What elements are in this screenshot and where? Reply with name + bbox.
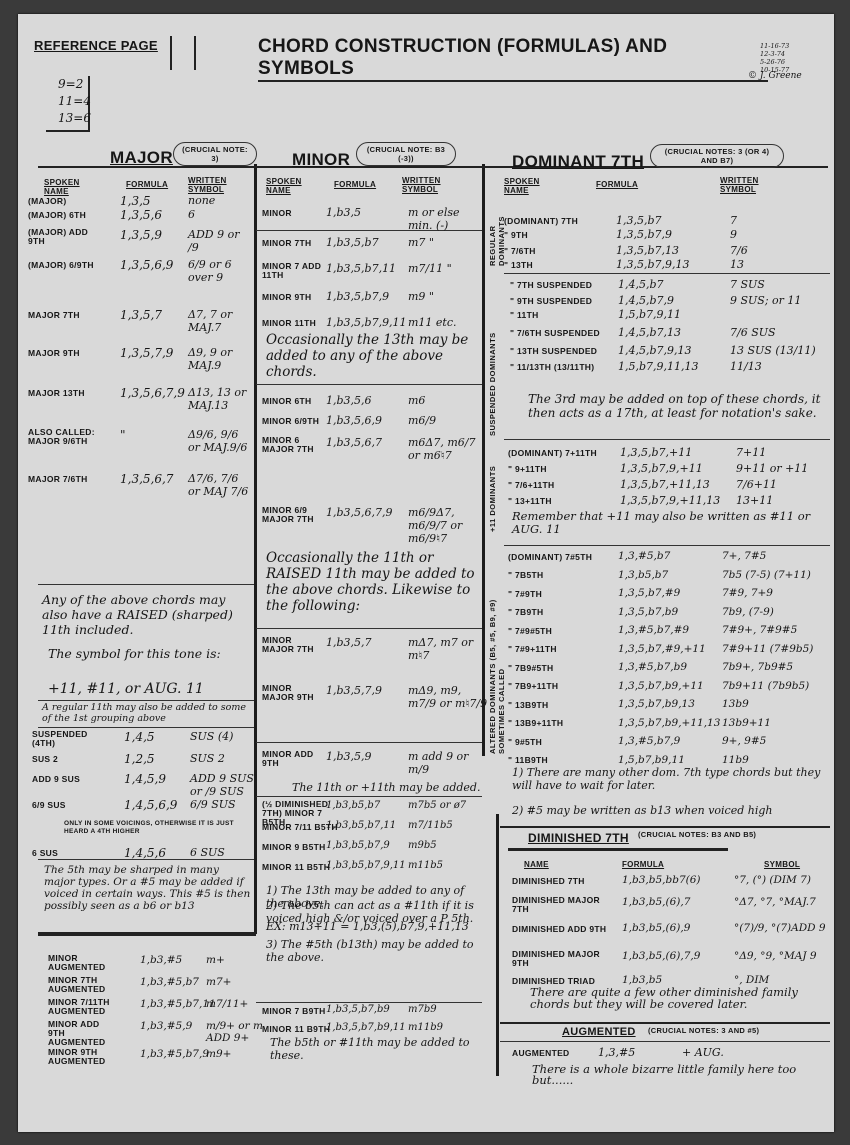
chord-name: MAJOR 13th	[28, 389, 104, 398]
chord-formula: 1,b3,5,7	[326, 636, 372, 649]
chord-formula: 1,b3,5,b7,b9,11	[326, 1022, 406, 1033]
col-spoken-name: SPOKEN NAME	[504, 177, 548, 195]
divider	[38, 584, 254, 585]
chord-name: " 7/6+11th	[508, 481, 612, 490]
chord-symbol: 7+, 7#5	[722, 550, 832, 562]
reference-page: REFERENCE PAGE CHORD CONSTRUCTION (FORMU…	[18, 14, 834, 1132]
table-row: " 11th1,5,b7,9,11	[510, 308, 608, 321]
reference-label: REFERENCE PAGE	[34, 38, 158, 53]
table-row: " 11b9th1,5,b7,b9,1111b9	[508, 754, 610, 767]
minor-title: MINOR	[292, 150, 350, 170]
chord-symbol: 9 SUS; or 11	[730, 294, 830, 307]
table-row: " 7/6th1,3,5,b7,137/6	[504, 244, 600, 257]
chord-name: MAJOR 7/6th	[28, 475, 104, 484]
chord-formula: 1,3,#5,b7,#9	[618, 624, 689, 636]
chord-formula: 1,2,5	[124, 752, 155, 766]
chord-name: MINOR 11th	[262, 319, 324, 328]
chord-symbol: m11 etc.	[408, 316, 482, 329]
table-row: " 7/6+11th1,3,5,b7,+11,137/6+11	[508, 478, 612, 491]
divider	[256, 1002, 482, 1003]
table-row: MINOR1,b3,5m or else min. (-)	[262, 206, 324, 219]
page-title: CHORD CONSTRUCTION (FORMULAS) and SYMBOL…	[258, 36, 768, 82]
chord-name: MINOR MAJOR 7th	[262, 636, 324, 654]
chord-symbol: 6 SUS	[190, 846, 260, 859]
chord-name: " 7#9#5th	[508, 627, 610, 636]
chord-symbol: m7b9	[408, 1004, 482, 1015]
chord-formula: 1,3,5,9	[120, 228, 162, 242]
chord-name: DIMINISHED MAJOR 7th	[512, 896, 608, 914]
table-row: MAJOR 9th1,3,5,7,9Δ9, 9 or MAJ.9	[28, 346, 104, 359]
chord-formula: 1,3,5,b7,9,+11,13	[620, 494, 720, 507]
divider	[38, 932, 256, 936]
chord-name: " 13b9+11th	[508, 719, 610, 728]
chord-symbol: 13b9	[722, 698, 832, 710]
chord-symbol: m9 "	[408, 290, 482, 303]
chord-formula: 1,b3,b5,b7,11	[326, 820, 396, 831]
chord-name: MINOR MAJOR 9th	[262, 684, 324, 702]
chord-name: " 9+11th	[508, 465, 612, 474]
chord-name: MINOR ADD 9th AUGMENTED	[48, 1020, 118, 1047]
divider	[256, 628, 482, 629]
chord-formula: "	[120, 428, 126, 442]
chord-name: MINOR	[262, 209, 324, 218]
chord-formula: 1,3,5	[120, 194, 151, 208]
chord-name: MINOR AUGMENTED	[48, 954, 118, 972]
table-row: " 7#9th1,3,5,b7,#97#9, 7+9	[508, 587, 610, 600]
chord-formula: 1,3,5,6	[120, 208, 162, 222]
chord-formula: 1,b3,5,b7,9	[326, 290, 389, 303]
date: 12-3-74	[760, 50, 789, 58]
chord-formula: 1,3,5,b7,+11,13	[620, 478, 710, 491]
chord-name: " 7b9+11th	[508, 682, 610, 691]
chord-formula: 1,b3,#5,9	[140, 1020, 192, 1032]
chord-name: MINOR 6/9 MAJOR 7th	[262, 506, 324, 524]
chord-formula: 1,3,5,b7,+11	[620, 446, 692, 459]
table-row: " 7b9#5th1,3,#5,b7,b97b9+, 7b9#5	[508, 661, 610, 674]
col-spoken-name: SPOKEN NAME	[266, 177, 310, 195]
revision-dates: 11-16-73 12-3-74 5-26-76 10-15-77	[760, 42, 789, 74]
chord-symbol: 9+, 9#5	[722, 735, 832, 747]
footnote: EX: m13+11 = 1,b3,(5),b7,9,+11,13	[266, 920, 480, 933]
table-row: " 7b9+11th1,3,5,b7,b9,+117b9+11 (7b9b5)	[508, 680, 610, 693]
chord-symbol: SUS (4)	[190, 730, 260, 743]
minor-crucial-note: (CRUCIAL NOTE: b3 (-3))	[356, 142, 456, 166]
regular-11-note: A regular 11th may also be added to some…	[42, 702, 252, 724]
chord-symbol: 11b9	[722, 754, 832, 766]
divider	[256, 796, 482, 797]
chord-formula: 1,3,5,b7,#9	[618, 587, 680, 599]
chord-formula: 1,5,b7,b9,11	[618, 754, 685, 766]
diminished-note: There are quite a few other diminished f…	[530, 986, 830, 1010]
symbol-values: +11, #11, or AUG. 11	[48, 682, 204, 697]
chord-symbol: none	[188, 194, 250, 207]
table-row: (MAJOR) ADD 9th1,3,5,9ADD 9 or /9	[28, 228, 104, 246]
chord-symbol: 7#9+11 (7#9b5)	[722, 643, 832, 655]
chord-name: MINOR 7th	[262, 239, 324, 248]
divider	[38, 859, 254, 860]
chord-name: (DOMINANT) 7#5th	[508, 553, 610, 562]
chord-symbol: Δ7, 7 or MAJ.7	[188, 308, 250, 334]
chord-symbol: 11/13	[730, 360, 830, 373]
chord-name: DIMINISHED MAJOR 9th	[512, 950, 608, 968]
chord-name: " 11/13th (13/11th)	[510, 363, 608, 372]
footnote: 3) The #5th (b13th) may be added to the …	[266, 938, 480, 964]
chord-formula: 1,b3,5,6	[326, 394, 372, 407]
chord-name: (DOMINANT) 7+11th	[508, 449, 612, 458]
chord-formula: 1,b3,b5,b7,9	[326, 840, 390, 851]
table-row: MINOR 6/9 MAJOR 7th1,b3,5,6,7,9m6/9Δ7, m…	[262, 506, 324, 524]
footnote: 1) There are many other dom. 7th type ch…	[512, 766, 832, 792]
chord-symbol: m9b5	[408, 840, 482, 851]
table-row: " 13+11th1,3,5,b7,9,+11,1313+11	[508, 494, 612, 507]
table-row: MINOR 9 b5th1,b3,b5,b7,9m9b5	[262, 840, 342, 853]
augmented-note: There is a whole bizarre little family h…	[532, 1064, 812, 1086]
chord-formula: 1,3,5,b7,13	[616, 244, 679, 257]
table-row: " 13th1,3,5,b7,9,1313	[504, 258, 600, 271]
chord-formula: 1,4,5,6,9	[124, 798, 177, 812]
table-row: 6/9 SUS1,4,5,6,96/9 SUS	[32, 798, 102, 811]
chord-formula: 1,3,5,b7,9,+11	[620, 462, 703, 475]
table-row: " 9+11th1,3,5,b7,9,+119+11 or +11	[508, 462, 612, 475]
table-row: MAJOR 7/6th1,3,5,6,7Δ7/6, 7/6 or MAJ 7/6	[28, 472, 104, 485]
chord-symbol: Δ13, 13 or MAJ.13	[188, 386, 250, 412]
augmented-crucial-note: (CRUCIAL NOTES: 3 and #5)	[648, 1026, 759, 1035]
sus-footnote: ONLY IN SOME VOICINGS, OTHERWISE IT IS J…	[64, 820, 254, 836]
augmented-title: AUGMENTED	[562, 1026, 636, 1038]
divider	[504, 439, 830, 440]
chord-formula: 1,4,5,b7,9,13	[618, 344, 692, 357]
chord-formula: 1,b3,5,b7,9,11	[326, 316, 407, 329]
column-divider	[254, 164, 257, 934]
chord-symbol: + AUG.	[682, 1046, 782, 1059]
chord-name: MAJOR 7th	[28, 311, 104, 320]
chord-symbol: 7b9+11 (7b9b5)	[722, 680, 832, 692]
chord-symbol: 7 SUS	[730, 278, 830, 291]
divider	[256, 384, 482, 385]
chord-name: " 9#5th	[508, 738, 610, 747]
chord-name: DIMINISHED 7th	[512, 877, 608, 886]
chord-formula: 1,b3,5,b7,b9	[326, 1004, 390, 1015]
table-row: MINOR 7 b9th1,b3,5,b7,b9m7b9	[262, 1004, 342, 1017]
chord-name: " 13th SUSPENDED	[510, 347, 608, 356]
table-row: DIMINISHED 7th1,b3,b5,bb7(6)°7, (°) (DIM…	[512, 874, 608, 887]
chord-name: also called: MAJOR 9/6th	[28, 428, 104, 446]
chord-symbol: mΔ7, m7 or m♮7	[408, 636, 488, 662]
chord-name: 6/9 SUS	[32, 801, 102, 810]
chord-symbol: m7+	[206, 976, 278, 988]
chord-symbol: Δ7/6, 7/6 or MAJ 7/6	[188, 472, 250, 498]
col-written-symbol: WRITTEN SYMBOL	[188, 176, 246, 194]
chord-name: MINOR 7 ADD 11th	[262, 262, 324, 280]
group-label-suspended: SUSPENDED DOMINANTS	[488, 276, 497, 436]
table-row: MINOR 6th1,b3,5,6m6	[262, 394, 324, 407]
divider	[500, 1022, 830, 1024]
col-formula: FORMULA	[622, 860, 664, 869]
table-row: (MAJOR) 6/9th1,3,5,6,96/9 or 6 over 9	[28, 258, 104, 271]
date: 11-16-73	[760, 42, 789, 50]
chord-symbol: °(7)/9, °(7)ADD 9	[734, 922, 834, 934]
key-line: 11=4	[58, 93, 88, 110]
chord-symbol: m6/9Δ7, m6/9/7 or m6/9♮7	[408, 506, 482, 545]
chord-formula: 1,b3,b5,(6),7	[622, 896, 690, 908]
chord-symbol: °Δ7, °7, °MAJ.7	[734, 896, 834, 908]
table-row: DIMINISHED MAJOR 7th1,b3,b5,(6),7°Δ7, °7…	[512, 896, 608, 914]
diminished-title: DIMINISHED 7th	[528, 831, 629, 845]
chord-name: MINOR 7/11th AUGMENTED	[48, 998, 118, 1016]
table-row: ADD 9 SUS1,4,5,9ADD 9 SUS or /9 SUS	[32, 772, 102, 785]
table-row: 6 SUS1,4,5,66 SUS	[32, 846, 102, 859]
chord-symbol: 6/9 or 6 over 9	[188, 258, 250, 284]
chord-name: " 7b5th	[508, 571, 610, 580]
table-row: " 9#5th1,3,#5,b7,99+, 9#5	[508, 735, 610, 748]
table-row: DIMINISHED ADD 9th1,b3,b5,(6),9°(7)/9, °…	[512, 922, 608, 935]
chord-name: " 13b9th	[508, 701, 610, 710]
chord-symbol: 7b5 (7-5) (7+11)	[722, 569, 832, 581]
table-row: AUGMENTED1,3,#5+ AUG.	[512, 1046, 582, 1059]
chord-formula: 1,b3,#5,b7,9	[140, 1048, 209, 1060]
chord-formula: 1,3,5,b7,b9,+11	[618, 680, 704, 692]
table-row: MINOR 7th1,b3,5,b7m7 "	[262, 236, 324, 249]
chord-symbol: m9+	[206, 1048, 278, 1060]
divider	[500, 826, 830, 828]
chord-formula: 1,3,5,7	[120, 308, 162, 322]
table-row: " 7#9+11th1,3,5,b7,#9,+117#9+11 (7#9b5)	[508, 643, 610, 656]
chord-symbol: 13+11	[736, 494, 826, 507]
dominant-title: DOMINANT 7th	[512, 152, 644, 172]
col-symbol: SYMBOL	[764, 860, 800, 869]
chord-formula: 1,b3,b5,b7,9,11	[326, 860, 406, 871]
chord-formula: 1,3,5,b7	[616, 214, 662, 227]
chord-formula: 1,b3,5	[326, 206, 361, 219]
chord-name: " 7/6th	[504, 247, 600, 256]
table-row: MINOR 9th1,b3,5,b7,9m9 "	[262, 290, 324, 303]
table-row: SUS 21,2,5SUS 2	[32, 752, 102, 765]
chord-formula: 1,b3,b5,(6),7,9	[622, 950, 700, 962]
chord-symbol: 13 SUS (13/11)	[730, 344, 830, 357]
chord-name: " 13th	[504, 261, 600, 270]
footnote: 2) #5 may be written as b13 when voiced …	[512, 804, 832, 817]
chord-name: DIMINISHED ADD 9th	[512, 925, 608, 934]
chord-name: " 11th	[510, 311, 608, 320]
chord-symbol: 7/6 SUS	[730, 326, 830, 339]
chord-name: MINOR 6 MAJOR 7th	[262, 436, 324, 454]
chord-formula: 1,3,5,6,7,9	[120, 386, 185, 400]
chord-formula: 1,4,5,b7	[618, 278, 664, 291]
chord-symbol: 7/6+11	[736, 478, 826, 491]
table-row: (DOMINANT) 7th1,3,5,b77	[504, 214, 600, 227]
chord-formula: 1,b3,5,b7	[326, 236, 379, 249]
chord-name: MINOR 6/9th	[262, 417, 324, 426]
divider	[500, 1041, 830, 1042]
chord-name: AUGMENTED	[512, 1049, 582, 1058]
dominant-crucial-note: (CRUCIAL NOTES: 3 (or 4) and b7)	[650, 144, 784, 168]
chord-formula: 1,b3,#5,b7,11	[140, 998, 216, 1010]
table-row: MINOR 11 b5th1,b3,b5,b7,9,11m11b5	[262, 860, 342, 873]
chord-symbol: ADD 9 SUS or /9 SUS	[190, 772, 260, 798]
chord-symbol: 9+11 or +11	[736, 462, 826, 475]
chord-symbol: 7	[730, 214, 820, 227]
chord-symbol: 7#9, 7+9	[722, 587, 832, 599]
chord-formula: 1,b3,b5,bb7(6)	[622, 874, 701, 886]
chord-name: " 7#9th	[508, 590, 610, 599]
chord-formula: 1,b3,#5	[140, 954, 182, 966]
chord-symbol: Δ9, 9 or MAJ.9	[188, 346, 250, 372]
chord-symbol: 6/9 SUS	[190, 798, 260, 811]
chord-formula: 1,3,5,b7,9,13	[616, 258, 690, 271]
chord-formula: 1,4,5,b7,9	[618, 294, 674, 307]
table-row: MAJOR 7th1,3,5,7Δ7, 7 or MAJ.7	[28, 308, 104, 321]
copyright: © J. Greene	[748, 71, 802, 81]
chord-formula: 1,b3,#5,b7	[140, 976, 199, 988]
fifth-note: The 5th may be sharped in many major typ…	[44, 864, 252, 912]
chord-name: " 11b9th	[508, 756, 610, 765]
table-row: " 13b9th1,3,5,b7,b9,1313b9	[508, 698, 610, 711]
table-row: MINOR ADD 9th AUGMENTED1,b3,#5,9m/9+ or …	[48, 1020, 118, 1047]
chord-formula: 1,4,5,b7,13	[618, 326, 681, 339]
chord-formula: 1,3,#5,b7	[618, 550, 670, 562]
chord-formula: 1,3,5,b7,9	[616, 228, 672, 241]
table-row: MINOR 11th1,b3,5,b7,9,11m11 etc.	[262, 316, 324, 329]
chord-formula: 1,b3,5,6,9	[326, 414, 382, 427]
chord-name: " 7th SUSPENDED	[510, 281, 608, 290]
chord-name: " 13+11th	[508, 497, 612, 506]
chord-name: MINOR 9th	[262, 293, 324, 302]
key-line: 9=2	[58, 76, 88, 93]
chord-formula: 1,4,5	[124, 730, 155, 744]
table-row: MINOR 7 ADD 11th1,b3,5,b7,11m7/11 "	[262, 262, 324, 280]
chord-symbol: 7b9, (7-9)	[722, 606, 832, 618]
table-row: (DOMINANT) 7#5th1,3,#5,b77+, 7#5	[508, 550, 610, 563]
chord-symbol: m11b9	[408, 1022, 482, 1033]
group-label-altered: ALTERED DOMINANTS (b5, #5, b9, #9) SOMET…	[488, 548, 506, 754]
note-11th: Occasionally the 11th or RAISED 11th may…	[266, 550, 476, 614]
col-formula: FORMULA	[126, 180, 168, 189]
chord-name: SUS 2	[32, 755, 102, 764]
divider	[504, 273, 830, 274]
chord-symbol: 6	[188, 208, 250, 221]
table-row: " 7b5th1,3,b5,b77b5 (7-5) (7+11)	[508, 569, 610, 582]
raised-11-note: Any of the above chords may also have a …	[42, 592, 250, 637]
chord-name: MINOR ADD 9th	[262, 750, 324, 768]
major-crucial-note: (CRUCIAL NOTE: 3)	[173, 142, 257, 166]
table-row: " 7th SUSPENDED1,4,5,b77 SUS	[510, 278, 608, 291]
chord-formula: 1,b3,b5,(6),9	[622, 922, 690, 934]
chord-name: 6 SUS	[32, 849, 102, 858]
chord-formula: 1,3,#5,b7,9	[618, 735, 680, 747]
chord-name: ADD 9 SUS	[32, 775, 102, 784]
chord-formula: 1,4,5,6	[124, 846, 166, 860]
note-13th: Occasionally the 13th may be added to an…	[266, 332, 476, 380]
chord-formula: 1,3,b5,b7	[618, 569, 668, 581]
chord-symbol: 13	[730, 258, 820, 271]
chord-name: " 7/6th SUSPENDED	[510, 329, 608, 338]
chord-symbol: 13b9+11	[722, 717, 832, 729]
reference-box	[170, 36, 196, 70]
table-row: " 11/13th (13/11th)1,5,b7,9,11,1311/13	[510, 360, 608, 373]
table-row: " 9th1,3,5,b7,99	[504, 228, 600, 241]
chord-formula: 1,b3,b5,b7	[326, 800, 380, 811]
major-title: MAJOR	[110, 148, 173, 168]
chord-symbol: m7 "	[408, 236, 482, 249]
chord-formula: 1,3,5,7,9	[120, 346, 173, 360]
chord-name: (MAJOR)	[28, 197, 104, 206]
chord-symbol: °Δ9, °9, °MAJ 9	[734, 950, 834, 962]
chord-symbol: m add 9 or m/9	[408, 750, 482, 776]
chord-symbol: m6/9	[408, 414, 482, 427]
table-row: MINOR MAJOR 9th1,b3,5,7,9mΔ9, m9, m7/9 o…	[262, 684, 324, 702]
column-divider	[496, 814, 499, 1076]
table-row: " 13th SUSPENDED1,4,5,b7,9,1313 SUS (13/…	[510, 344, 608, 357]
table-row: MINOR 6 MAJOR 7th1,b3,5,6,7m6Δ7, m6/7 or…	[262, 436, 324, 454]
col-name: NAME	[524, 860, 549, 869]
col-formula: FORMULA	[596, 180, 638, 189]
chord-name: MINOR 7th AUGMENTED	[48, 976, 118, 994]
table-row: " 7b9th1,3,5,b7,b97b9, (7-9)	[508, 606, 610, 619]
chord-symbol: 7b9+, 7b9#5	[722, 661, 832, 673]
table-row: (MAJOR)1,3,5none	[28, 194, 104, 207]
key-line: 13=6	[58, 110, 88, 127]
chord-formula: 1,5,b7,9,11	[618, 308, 681, 321]
divider	[504, 545, 830, 546]
chord-symbol: 9	[730, 228, 820, 241]
table-row: MINOR MAJOR 7th1,b3,5,7mΔ7, m7 or m♮7	[262, 636, 324, 654]
chord-symbol: 7/6	[730, 244, 820, 257]
table-row: MINOR 7th AUGMENTED1,b3,#5,b7m7+	[48, 976, 118, 994]
chord-name: SUSPENDED (4th)	[32, 730, 102, 748]
chord-formula: 1,b3,5,6,7	[326, 436, 382, 449]
col-formula: FORMULA	[334, 180, 376, 189]
date: 5-26-76	[760, 58, 789, 66]
group-label-plus11: +11 DOMINANTS	[488, 442, 497, 532]
chord-symbol: m11b5	[408, 860, 482, 871]
chord-name: " 7#9+11th	[508, 645, 610, 654]
divider	[508, 848, 728, 851]
chord-symbol: 7#9+, 7#9#5	[722, 624, 832, 636]
divider	[38, 700, 254, 701]
table-row: also called: MAJOR 9/6th"Δ9/6, 9/6 or MA…	[28, 428, 104, 446]
chord-formula: 1,b3,5,b7,11	[326, 262, 396, 275]
chord-symbol: 7+11	[736, 446, 826, 459]
table-row: MAJOR 13th1,3,5,6,7,9Δ13, 13 or MAJ.13	[28, 386, 104, 399]
chord-name: " 9th SUSPENDED	[510, 297, 608, 306]
divider	[256, 742, 482, 743]
table-row: MINOR 7/11 b5th1,b3,b5,b7,11m7/11b5	[262, 820, 342, 833]
chord-symbol: mΔ9, m9, m7/9 or m♮7/9	[408, 684, 488, 710]
chord-symbol: °7, (°) (DIM 7)	[734, 874, 834, 886]
chord-name: (MAJOR) ADD 9th	[28, 228, 104, 246]
divider	[38, 727, 254, 728]
chord-symbol: Δ9/6, 9/6 or MAJ.9/6	[188, 428, 250, 454]
chord-formula: 1,b3,5,6,7,9	[326, 506, 393, 519]
chord-formula: 1,4,5,9	[124, 772, 166, 786]
chord-symbol: m or else min. (-)	[408, 206, 482, 232]
chord-name: " 9th	[504, 231, 600, 240]
chord-symbol: m6Δ7, m6/7 or m6♮7	[408, 436, 482, 462]
plus11-note: Remember that +11 may also be written as…	[512, 510, 830, 536]
chord-symbol: m7/11b5	[408, 820, 482, 831]
table-row: " 7/6th SUSPENDED1,4,5,b7,137/6 SUS	[510, 326, 608, 339]
chord-name: " 7b9#5th	[508, 664, 610, 673]
note-b9: The b5th or #11th may be added to these.	[270, 1036, 470, 1062]
chord-formula: 1,b3,5,9	[326, 750, 372, 763]
chord-formula: 1,3,#5,b7,b9	[618, 661, 687, 673]
sus-3rd-note: The 3rd may be added on top of these cho…	[528, 392, 828, 420]
table-row: (MAJOR) 6th1,3,5,66	[28, 208, 104, 221]
chord-name: (MAJOR) 6th	[28, 211, 104, 220]
chord-formula: 1,3,5,6,9	[120, 258, 173, 272]
table-row: MINOR 11 b9th1,b3,5,b7,b9,11m11b9	[262, 1022, 342, 1035]
column-divider	[482, 164, 485, 756]
